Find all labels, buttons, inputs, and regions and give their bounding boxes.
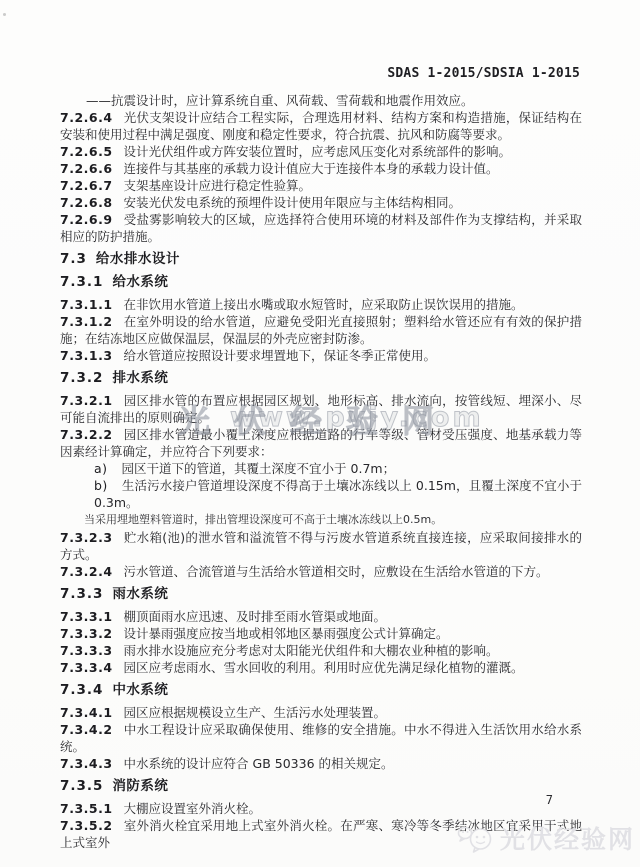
heading-text: 排水系统: [112, 370, 168, 386]
clause-number: 7.3.1.2: [60, 314, 113, 329]
heading-text: 给水系统: [112, 274, 168, 290]
paragraph-text: 中水工程设计应采取确保使用、维修的安全措施。中水不得进入生活饮用水给水系统。: [60, 722, 582, 754]
clause-number: 7.3.4.3: [60, 756, 113, 771]
paragraph-text: 给水管道应按照设计要求埋置地下，保证冬季正常使用。: [124, 348, 437, 363]
paragraph-text: 室外消火栓宜采用地上式室外消火栓。在严寒、寒冷等冬季结冰地区宜采用干式地上式室外: [60, 818, 582, 850]
document-header: SDAS 1-2015/SDSIA 1-2015: [387, 66, 580, 81]
scan-artifact: [3, 13, 6, 16]
paragraph-text: 生活污水接户管道埋设深度不得高于土壤冰冻线以上 0.15m，且覆土深度不宜小于 …: [94, 478, 582, 510]
note-paragraph: 当采用埋地塑料管道时，排出管埋设深度可不高于土壤冰冻线以上0.5m。: [60, 512, 582, 527]
list-label: b): [94, 478, 108, 493]
dash-paragraph: ——抗震设计时，应计算系统自重、风荷载、雪荷载和地震作用效应。: [60, 92, 582, 109]
paragraph-text: 贮水箱(池)的泄水管和溢流管不得与污废水管道系统直接连接，应采取间接排水的方式。: [60, 530, 582, 562]
heading-number: 7.3.4: [60, 682, 103, 698]
section-heading: 7.3.5消防系统: [60, 778, 582, 795]
clause-number: 7.3.1.1: [60, 297, 113, 312]
section-heading: 7.3.4中水系统: [60, 682, 582, 699]
document-content: ——抗震设计时，应计算系统自重、风荷载、雪荷载和地震作用效应。7.2.6.4光伏…: [60, 92, 582, 851]
paragraph-text: 中水系统的设计应符合 GB 50336 的相关规定。: [124, 756, 394, 771]
clause-number: 7.2.6.9: [60, 212, 113, 227]
clause-paragraph: 7.3.1.1在非饮用水管道上接出水嘴或取水短管时，应采取防止误饮误用的措施。: [60, 296, 582, 313]
paragraph-text: 雨水排水设施应充分考虑对太阳能光伏组件和大棚农业种植的影响。: [124, 643, 499, 658]
heading-number: 7.3: [60, 251, 87, 267]
heading-number: 7.3.5: [60, 778, 103, 794]
section-heading: 7.3.2排水系统: [60, 370, 582, 387]
clause-paragraph: 7.3.1.3给水管道应按照设计要求埋置地下，保证冬季正常使用。: [60, 347, 582, 364]
paragraph-text: 园区应考虑雨水、雪水回收的利用。利用时应优先满足绿化植物的灌溉。: [124, 660, 524, 675]
clause-number: 7.3.2.1: [60, 393, 113, 408]
clause-paragraph: 7.3.3.1棚顶面雨水应迅速、及时排至雨水管渠或地面。: [60, 608, 582, 625]
clause-number: 7.2.6.4: [60, 110, 113, 125]
paragraph-text: ——抗震设计时，应计算系统自重、风荷载、雪荷载和地震作用效应。: [86, 93, 474, 108]
paragraph-text: 园区干道下的管道，其覆土深度不宜小于 0.7m；: [122, 461, 396, 476]
clause-number: 7.3.5.2: [60, 818, 113, 833]
clause-number: 7.3.5.1: [60, 801, 113, 816]
section-heading: 7.3.1给水系统: [60, 274, 582, 291]
clause-paragraph: 7.2.6.6连接件与其基座的承载力设计值应大于连接件本身的承载力设计值。: [60, 160, 582, 177]
clause-paragraph: 7.3.4.3中水系统的设计应符合 GB 50336 的相关规定。: [60, 755, 582, 772]
heading-text: 给水排水设计: [96, 251, 180, 267]
heading-number: 7.3.2: [60, 370, 103, 386]
scanned-document-page: SDAS 1-2015/SDSIA 1-2015 ——抗震设计时，应计算系统自重…: [0, 0, 640, 867]
clause-paragraph: 7.3.5.1大棚应设置室外消火栓。: [60, 800, 582, 817]
heading-text: 雨水系统: [112, 586, 168, 602]
clause-number: 7.3.4.1: [60, 705, 113, 720]
clause-paragraph: 7.3.2.3贮水箱(池)的泄水管和溢流管不得与污废水管道系统直接连接，应采取间…: [60, 529, 582, 563]
clause-paragraph: 7.3.3.4园区应考虑雨水、雪水回收的利用。利用时应优先满足绿化植物的灌溉。: [60, 659, 582, 676]
page-number: 7: [546, 793, 553, 807]
list-item: a)园区干道下的管道，其覆土深度不宜小于 0.7m；: [60, 460, 582, 477]
clause-number: 7.3.2.2: [60, 427, 113, 442]
section-heading: 7.3给水排水设计: [60, 251, 582, 268]
clause-paragraph: 7.3.1.2在室外明设的给水管道，应避免受阳光直接照射；塑料给水管还应有有效的…: [60, 313, 582, 347]
clause-paragraph: 7.3.2.2园区排水管道最小覆土深度应根据道路的行车等级、管材受压强度、地基承…: [60, 426, 582, 460]
paragraph-text: 在室外明设的给水管道，应避免受阳光直接照射；塑料给水管还应有有效的保护措施；在结…: [60, 314, 582, 346]
clause-number: 7.3.2.3: [60, 530, 113, 545]
clause-number: 7.2.6.5: [60, 144, 113, 159]
paragraph-text: 在非饮用水管道上接出水嘴或取水短管时，应采取防止误饮误用的措施。: [124, 297, 524, 312]
clause-paragraph: 7.3.5.2室外消火栓宜采用地上式室外消火栓。在严寒、寒冷等冬季结冰地区宜采用…: [60, 817, 582, 851]
paragraph-text: 园区应根据规模设立生产、生活污水处理装置。: [124, 705, 387, 720]
standard-number: SDAS 1-2015/SDSIA 1-2015: [387, 66, 580, 81]
clause-paragraph: 7.3.4.1园区应根据规模设立生产、生活污水处理装置。: [60, 704, 582, 721]
paragraph-text: 支架基座设计应进行稳定性验算。: [124, 178, 312, 193]
clause-paragraph: 7.3.2.4污水管道、合流管道与生活给水管道相交时，应敷设在生活给水管道的下方…: [60, 563, 582, 580]
clause-paragraph: 7.3.3.2设计暴雨强度应按当地或相邻地区暴雨强度公式计算确定。: [60, 625, 582, 642]
clause-number: 7.2.6.8: [60, 195, 113, 210]
list-label: a): [94, 461, 108, 476]
clause-paragraph: 7.2.6.7支架基座设计应进行稳定性验算。: [60, 177, 582, 194]
section-heading: 7.3.3雨水系统: [60, 586, 582, 603]
paragraph-text: 园区排水管的布置应根据园区规划、地形标高、排水流向，按管线短、埋深小、尽可能自流…: [60, 393, 582, 425]
clause-number: 7.3.4.2: [60, 722, 113, 737]
clause-paragraph: 7.2.6.5设计光伏组件或方阵安装位置时，应考虑风压变化对系统部件的影响。: [60, 143, 582, 160]
clause-number: 7.3.1.3: [60, 348, 113, 363]
clause-paragraph: 7.3.3.3雨水排水设施应充分考虑对太阳能光伏组件和大棚农业种植的影响。: [60, 642, 582, 659]
paragraph-text: 棚顶面雨水应迅速、及时排至雨水管渠或地面。: [124, 609, 387, 624]
clause-paragraph: 7.3.2.1园区排水管的布置应根据园区规划、地形标高、排水流向，按管线短、埋深…: [60, 392, 582, 426]
heading-text: 中水系统: [112, 682, 168, 698]
paragraph-text: 安装光伏发电系统的预埋件设计使用年限应与主体结构相同。: [124, 195, 462, 210]
paragraph-text: 受盐雾影响较大的区域，应选择符合使用环境的材料及部件作为支撑结构，并采取相应的防…: [60, 212, 582, 244]
clause-paragraph: 7.2.6.8安装光伏发电系统的预埋件设计使用年限应与主体结构相同。: [60, 194, 582, 211]
paragraph-text: 园区排水管道最小覆土深度应根据道路的行车等级、管材受压强度、地基承载力等因素经计…: [60, 427, 582, 459]
clause-number: 7.3.3.4: [60, 660, 113, 675]
list-item: b)生活污水接户管道埋设深度不得高于土壤冰冻线以上 0.15m，且覆土深度不宜小…: [60, 477, 582, 511]
paragraph-text: 连接件与其基座的承载力设计值应大于连接件本身的承载力设计值。: [124, 161, 499, 176]
clause-number: 7.3.3.3: [60, 643, 113, 658]
heading-text: 消防系统: [112, 778, 168, 794]
paragraph-text: 设计暴雨强度应按当地或相邻地区暴雨强度公式计算确定。: [124, 626, 449, 641]
clause-paragraph: 7.2.6.9受盐雾影响较大的区域，应选择符合使用环境的材料及部件作为支撑结构，…: [60, 211, 582, 245]
clause-number: 7.2.6.7: [60, 178, 113, 193]
paragraph-text: 当采用埋地塑料管道时，排出管埋设深度可不高于土壤冰冻线以上0.5m。: [84, 513, 442, 526]
paragraph-text: 污水管道、合流管道与生活给水管道相交时，应敷设在生活给水管道的下方。: [124, 564, 549, 579]
paragraph-text: 大棚应设置室外消火栓。: [124, 801, 262, 816]
paragraph-text: 光伏支架设计应结合工程实际，合理选用材料、结构方案和构造措施，保证结构在安装和使…: [60, 110, 582, 142]
clause-number: 7.3.3.2: [60, 626, 113, 641]
clause-number: 7.3.2.4: [60, 564, 113, 579]
paragraph-text: 设计光伏组件或方阵安装位置时，应考虑风压变化对系统部件的影响。: [124, 144, 512, 159]
clause-paragraph: 7.3.4.2中水工程设计应采取确保使用、维修的安全措施。中水不得进入生活饮用水…: [60, 721, 582, 755]
clause-paragraph: 7.2.6.4光伏支架设计应结合工程实际，合理选用材料、结构方案和构造措施，保证…: [60, 109, 582, 143]
heading-number: 7.3.3: [60, 586, 103, 602]
clause-number: 7.2.6.6: [60, 161, 113, 176]
heading-number: 7.3.1: [60, 274, 103, 290]
clause-number: 7.3.3.1: [60, 609, 113, 624]
